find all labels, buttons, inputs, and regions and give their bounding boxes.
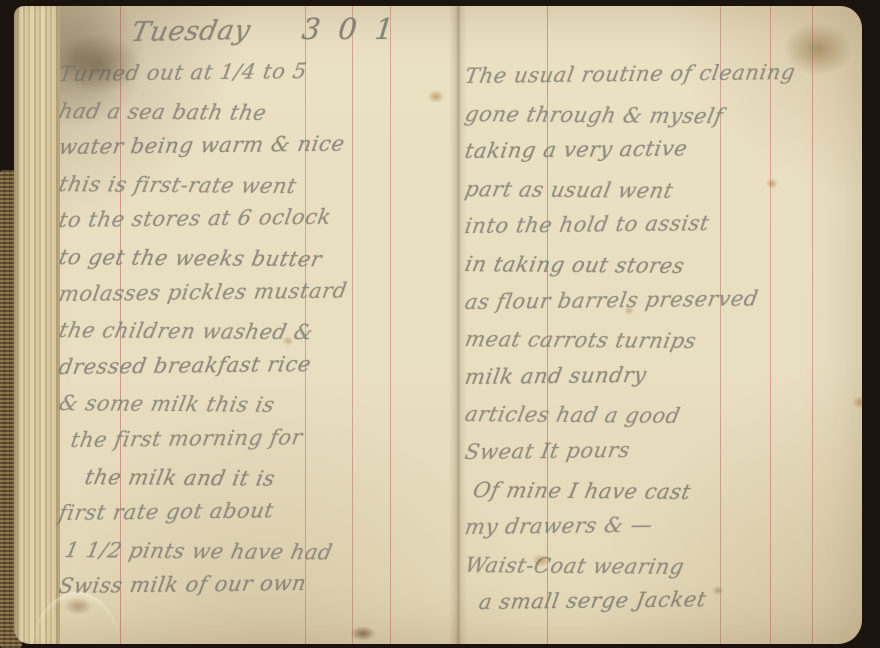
stain-bottom-left	[64, 598, 92, 615]
header-page-number: 301	[300, 12, 413, 46]
handwritten-line: milk and sundry	[461, 360, 862, 403]
stain-top-right	[770, 12, 862, 86]
handwritten-line: a small serge Jacket	[475, 586, 862, 628]
left-page-text: Turned out at 1/4 to 5had a sea bath the…	[58, 62, 454, 611]
foxing-spot	[852, 396, 862, 409]
notebook-photo: Tuesday 301 Turned out at 1/4 to 5had a …	[0, 0, 880, 648]
handwritten-line: to the stores at 6 oclock	[55, 204, 458, 245]
handwritten-line: molasses pickles mustard	[55, 277, 458, 318]
handwritten-line: taking a very active	[461, 134, 862, 177]
foxing-spot	[532, 554, 550, 567]
handwritten-line: my drawers & —	[461, 510, 862, 553]
page-edge-stack	[14, 6, 60, 644]
handwritten-line: as flour barrels preserved	[461, 285, 862, 328]
stain-bottom-center	[350, 626, 376, 641]
stain-top-left-smudge	[40, 22, 156, 106]
foxing-spot	[766, 178, 778, 189]
right-page-text: The usual routine of cleaninggone throug…	[464, 64, 862, 628]
open-notebook: Tuesday 301 Turned out at 1/4 to 5had a …	[14, 6, 862, 644]
handwritten-line: into the hold to assist	[461, 209, 862, 252]
foxing-spot	[282, 336, 294, 346]
handwritten-line: water being warm & nice	[55, 130, 458, 171]
foxing-spot	[712, 586, 724, 595]
foxing-spot	[428, 90, 444, 103]
foxing-spot	[624, 306, 634, 315]
handwritten-line: Sweat It pours	[461, 435, 862, 478]
handwritten-line: first rate got about	[55, 496, 458, 537]
handwritten-line: Swiss milk of our own	[55, 569, 458, 610]
handwritten-line: dressed breakfast rice	[55, 350, 458, 391]
handwritten-line: the first morning for	[67, 423, 458, 464]
